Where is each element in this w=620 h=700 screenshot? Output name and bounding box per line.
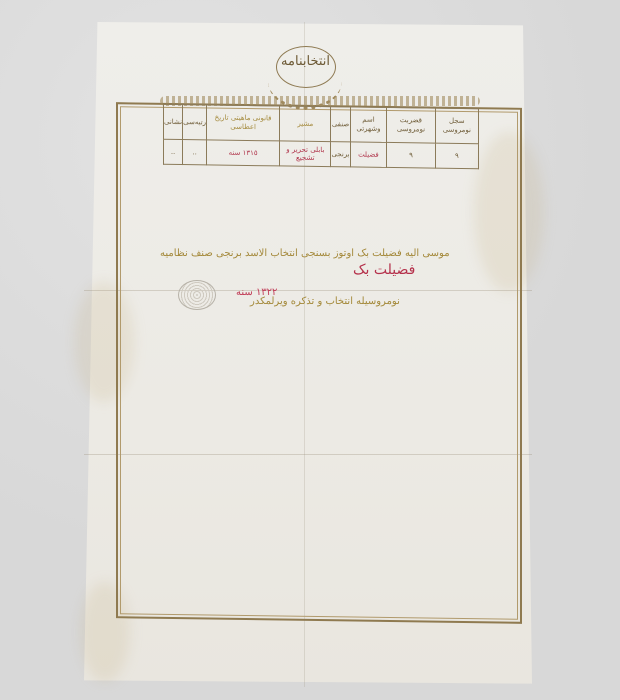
cell: ٩ [435,143,478,169]
col-header: اسم وشهرتی [350,107,387,143]
table-header-row: سجل نومروسی قضربت نومروسی اسم وشهرتی صنف… [164,104,479,143]
register-table: سجل نومروسی قضربت نومروسی اسم وشهرتی صنف… [163,104,479,169]
col-header: سجل نومروسی [435,108,478,144]
col-header: نشانی [164,104,183,139]
col-header: صنفی [331,107,350,142]
highlighted-name: فضیلت بک [353,262,415,278]
cell: بابلی تحریر و تشجیع [280,141,331,167]
document-title: انتخابنامه [282,54,330,69]
cell: .. [164,139,183,164]
cell: ٩ [387,142,435,168]
cell: ١٣١٥ سنه [207,140,280,166]
body-text-line-1: موسی الیه فضیلت بک اوتوز بسنجی انتخاب ال… [160,248,450,259]
document-border-frame [116,102,522,624]
col-header: قضربت نومروسی [387,107,435,143]
col-header: قانونی ماهیتی تاریخ اعطاسی [207,105,280,141]
table-row: ٩ ٩ فضیلت برنجی بابلی تحریر و تشجیع ١٣١٥… [164,139,479,168]
col-header: رتبه‌سی [183,105,207,140]
col-header: مشیر [280,106,331,142]
date-text: ١٣٢٢ سنه [236,287,277,298]
cell: .. [183,140,207,165]
cell: فضیلت [350,142,387,168]
cell: برنجی [331,142,350,167]
seal-stamp-icon [178,280,216,310]
